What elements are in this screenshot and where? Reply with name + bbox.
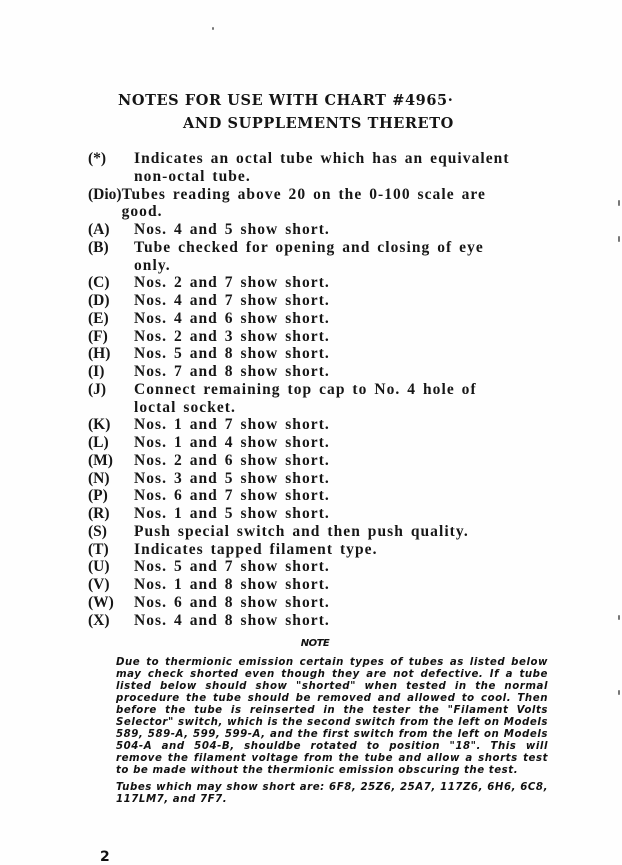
- scan-speck: [212, 27, 214, 30]
- note-item: (B)Tube checked for opening and closing …: [88, 239, 568, 275]
- note-key: (C): [88, 274, 134, 292]
- note-item: (F)Nos. 2 and 3 show short.: [88, 328, 568, 346]
- note-item: (R)Nos. 1 and 5 show short.: [88, 505, 568, 523]
- note-item: (N)Nos. 3 and 5 show short.: [88, 470, 568, 488]
- note-key: (R): [88, 505, 134, 523]
- note-key: (T): [88, 541, 134, 559]
- note-item: (U)Nos. 5 and 7 show short.: [88, 558, 568, 576]
- title-line-1: NOTES FOR USE WITH CHART #4965·: [118, 92, 622, 109]
- note-item: (*)Indicates an octal tube which has an …: [88, 150, 568, 186]
- note-key: (L): [88, 434, 134, 452]
- note-item: (M)Nos. 2 and 6 show short.: [88, 452, 568, 470]
- note-text: Nos. 1 and 7 show short.: [134, 416, 568, 434]
- note-key: (J): [88, 381, 134, 399]
- note-item: (V)Nos. 1 and 8 show short.: [88, 576, 568, 594]
- note-text: Nos. 2 and 7 show short.: [134, 274, 568, 292]
- note-key: (V): [88, 576, 134, 594]
- note-key: (H): [88, 345, 134, 363]
- note-text: Tube checked for opening and closing of …: [134, 239, 568, 275]
- note-item: (L)Nos. 1 and 4 show short.: [88, 434, 568, 452]
- note-text: Indicates tapped filament type.: [134, 541, 568, 559]
- note-key: (U): [88, 558, 134, 576]
- note-text: Push special switch and then push qualit…: [134, 523, 568, 541]
- note-key: (I): [88, 363, 134, 381]
- note-key: (W): [88, 594, 134, 612]
- note-item: (H)Nos. 5 and 8 show short.: [88, 345, 568, 363]
- note-key: (S): [88, 523, 134, 541]
- note-key: (*): [88, 150, 134, 168]
- note-key: (E): [88, 310, 134, 328]
- note-key: (A): [88, 221, 134, 239]
- note-text: Nos. 4 and 8 show short.: [134, 612, 568, 630]
- note-text: Nos. 5 and 8 show short.: [134, 345, 568, 363]
- note-key: (F): [88, 328, 134, 346]
- note-paragraph: Due to thermionic emission certain types…: [116, 657, 548, 777]
- note-body: Due to thermionic emission certain types…: [116, 657, 548, 806]
- note-item: (C)Nos. 2 and 7 show short.: [88, 274, 568, 292]
- note-tube-list: Tubes which may show short are: 6F8, 25Z…: [116, 782, 548, 806]
- note-text: Indicates an octal tube which has an equ…: [134, 150, 568, 186]
- note-text: Connect remaining top cap to No. 4 hole …: [134, 381, 568, 417]
- note-key: (Dio): [88, 186, 122, 204]
- page-number: 2: [100, 849, 110, 865]
- note-text: Nos. 4 and 5 show short.: [134, 221, 568, 239]
- note-text: Nos. 6 and 7 show short.: [134, 487, 568, 505]
- note-key: (K): [88, 416, 134, 434]
- scan-speck: [618, 690, 620, 695]
- note-item: (W)Nos. 6 and 8 show short.: [88, 594, 568, 612]
- note-item: (I)Nos. 7 and 8 show short.: [88, 363, 568, 381]
- note-text: Nos. 5 and 7 show short.: [134, 558, 568, 576]
- note-key: (B): [88, 239, 134, 257]
- note-item: (Dio)Tubes reading above 20 on the 0-100…: [88, 186, 568, 222]
- scan-speck: [618, 236, 620, 242]
- scan-speck: [618, 200, 620, 206]
- document-page: NOTES FOR USE WITH CHART #4965· AND SUPP…: [0, 0, 622, 865]
- note-item: (J)Connect remaining top cap to No. 4 ho…: [88, 381, 568, 417]
- note-item: (K)Nos. 1 and 7 show short.: [88, 416, 568, 434]
- title-line-2: AND SUPPLEMENTS THERETO: [183, 115, 622, 132]
- note-item: (P)Nos. 6 and 7 show short.: [88, 487, 568, 505]
- note-key: (D): [88, 292, 134, 310]
- note-text: Nos. 3 and 5 show short.: [134, 470, 568, 488]
- note-item: (X)Nos. 4 and 8 show short.: [88, 612, 568, 630]
- note-text: Nos. 2 and 3 show short.: [134, 328, 568, 346]
- scan-speck: [618, 615, 620, 620]
- note-text: Nos. 6 and 8 show short.: [134, 594, 568, 612]
- note-text: Nos. 2 and 6 show short.: [134, 452, 568, 470]
- note-text: Nos. 1 and 4 show short.: [134, 434, 568, 452]
- note-heading: NOTE: [0, 638, 622, 649]
- note-key: (N): [88, 470, 134, 488]
- note-item: (T)Indicates tapped filament type.: [88, 541, 568, 559]
- note-item: (S)Push special switch and then push qua…: [88, 523, 568, 541]
- note-key: (M): [88, 452, 134, 470]
- note-item: (A)Nos. 4 and 5 show short.: [88, 221, 568, 239]
- note-item: (D)Nos. 4 and 7 show short.: [88, 292, 568, 310]
- note-text: Nos. 1 and 8 show short.: [134, 576, 568, 594]
- note-text: Tubes reading above 20 on the 0-100 scal…: [122, 186, 568, 222]
- note-text: Nos. 4 and 6 show short.: [134, 310, 568, 328]
- note-text: Nos. 7 and 8 show short.: [134, 363, 568, 381]
- note-item: (E)Nos. 4 and 6 show short.: [88, 310, 568, 328]
- notes-list: (*)Indicates an octal tube which has an …: [88, 150, 568, 629]
- note-key: (P): [88, 487, 134, 505]
- note-key: (X): [88, 612, 134, 630]
- note-text: Nos. 4 and 7 show short.: [134, 292, 568, 310]
- note-text: Nos. 1 and 5 show short.: [134, 505, 568, 523]
